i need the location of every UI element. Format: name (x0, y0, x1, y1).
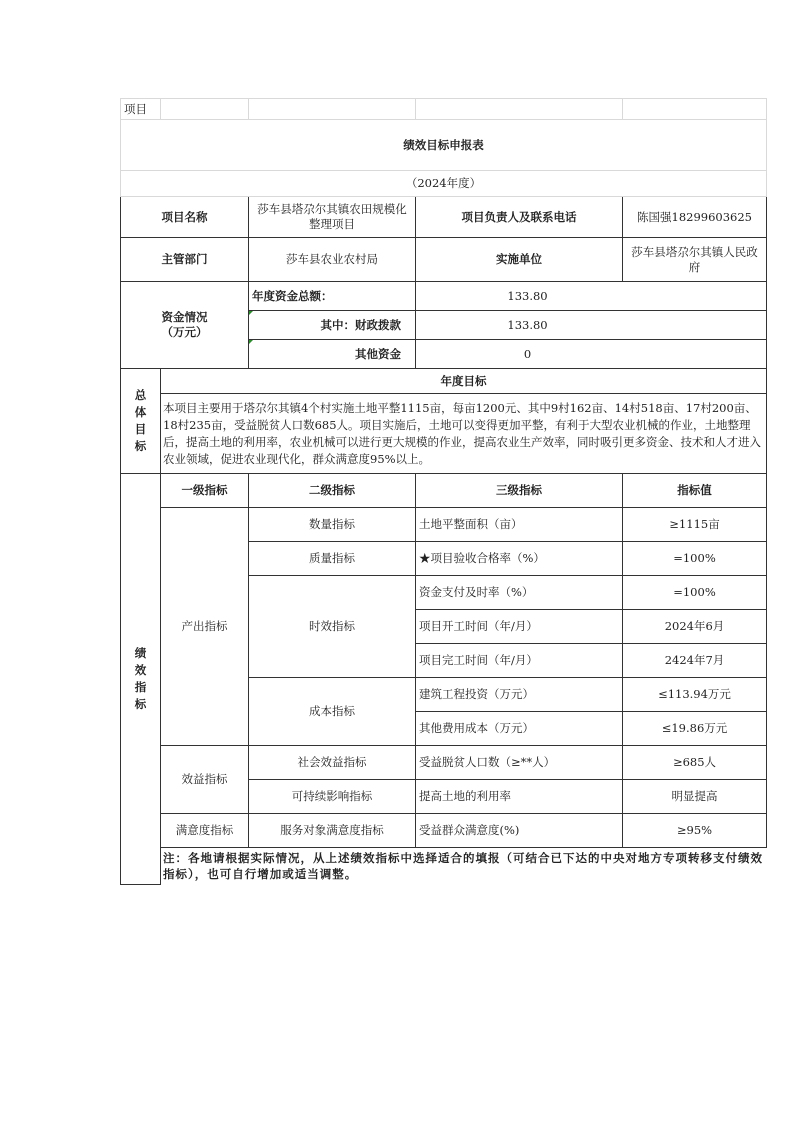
level1-satisfaction: 满意度指标 (161, 814, 249, 848)
implementer-value: 莎车县塔尕尔其镇人民政府 (623, 238, 767, 282)
header-level1: 一级指标 (161, 474, 249, 508)
level2-quality: 质量指标 (249, 542, 416, 576)
contact-label: 项目负责人及联系电话 (416, 197, 623, 238)
indicator-header-row: 绩 效 指 标 一级指标 二级指标 三级指标 指标值 (121, 474, 767, 508)
department-label: 主管部门 (121, 238, 249, 282)
performance-goal-form: 项目 绩效目标申报表 （2024年度） 项目名称 莎车县塔尕尔其镇农田规模化整理… (120, 98, 766, 885)
funds-total-value: 133.80 (416, 282, 767, 311)
project-name-label: 项目名称 (121, 197, 249, 238)
contact-value: 陈国强18299603625 (623, 197, 767, 238)
level1-output: 产出指标 (161, 508, 249, 746)
funds-total-label: 年度资金总额： (249, 282, 416, 311)
project-name-value: 莎车县塔尕尔其镇农田规模化整理项目 (249, 197, 416, 238)
implementer-label: 实施单位 (416, 238, 623, 282)
department-value: 莎车县农业农村局 (249, 238, 416, 282)
level2-social: 社会效益指标 (249, 746, 416, 780)
funds-fiscal-value: 133.80 (416, 311, 767, 340)
funds-fiscal-label: 其中：财政拨款 (249, 311, 416, 340)
table-row: 满意度指标 服务对象满意度指标 受益群众满意度(%) ≥95% (121, 814, 767, 848)
top-row: 项目 (121, 99, 767, 120)
indicators-side-label: 绩 效 指 标 (121, 474, 161, 885)
footnote: 注：各地请根据实际情况，从上述绩效指标中选择适合的填报（可结合已下达的中央对地方… (161, 848, 767, 885)
level1-benefit: 效益指标 (161, 746, 249, 814)
overall-goal-side-label: 总 体 目 标 (121, 369, 161, 474)
funds-total-row: 资金情况 （万元） 年度资金总额： 133.80 (121, 282, 767, 311)
top-row-label: 项目 (121, 99, 161, 120)
annual-goal-header: 年度目标 (161, 369, 767, 394)
annual-goal-text: 本项目主要用于塔尕尔其镇4个村实施土地平整1115亩，每亩1200元、其中9村1… (161, 394, 767, 474)
department-row: 主管部门 莎车县农业农村局 实施单位 莎车县塔尕尔其镇人民政府 (121, 238, 767, 282)
funds-label: 资金情况 （万元） (121, 282, 249, 369)
form-title: 绩效目标申报表 (121, 120, 767, 171)
level2-service-satisfaction: 服务对象满意度指标 (249, 814, 416, 848)
header-level2: 二级指标 (249, 474, 416, 508)
level2-quantity: 数量指标 (249, 508, 416, 542)
header-level3: 三级指标 (416, 474, 623, 508)
level2-cost: 成本指标 (249, 678, 416, 746)
table-row: 效益指标 社会效益指标 受益脱贫人口数（≥**人） ≥685人 (121, 746, 767, 780)
table-row: 产出指标 数量指标 土地平整面积（亩） ≥1115亩 (121, 508, 767, 542)
header-value: 指标值 (623, 474, 767, 508)
level2-sustainable: 可持续影响指标 (249, 780, 416, 814)
funds-other-label: 其他资金 (249, 340, 416, 369)
project-name-row: 项目名称 莎车县塔尕尔其镇农田规模化整理项目 项目负责人及联系电话 陈国强182… (121, 197, 767, 238)
level2-timeliness: 时效指标 (249, 576, 416, 678)
funds-other-value: 0 (416, 340, 767, 369)
form-year: （2024年度） (121, 171, 767, 197)
